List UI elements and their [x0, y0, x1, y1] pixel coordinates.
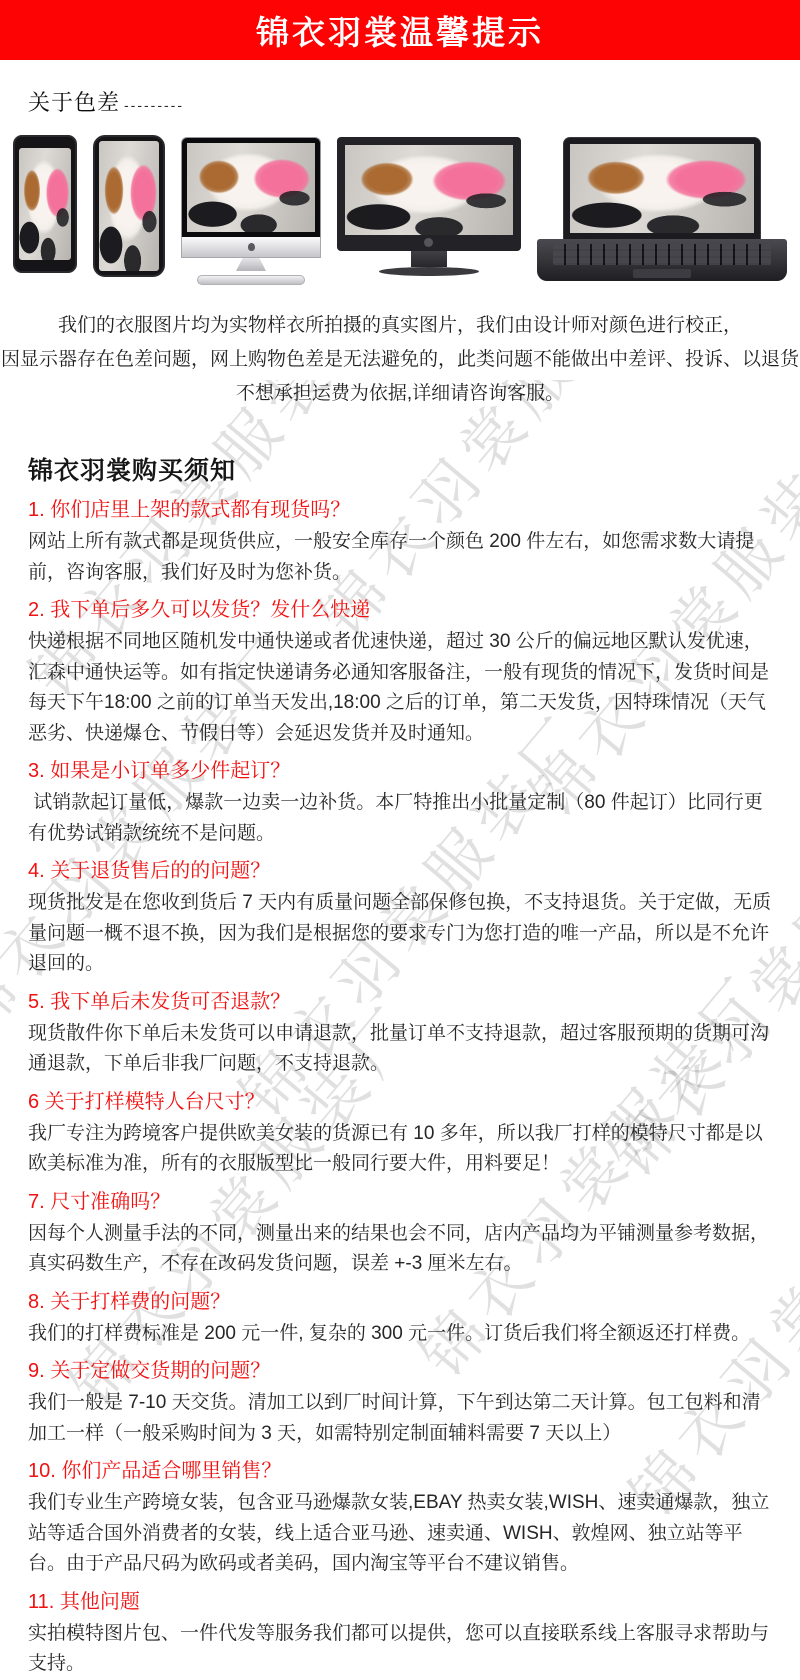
faq-item: 4. 关于退货售后的的问题？现货批发是在您收到货后 7 天内有质量问题全部保修包… [28, 856, 772, 980]
faq-answer: 实拍模特图片包、一件代发等服务我们都可以提供，您可以直接联系线上客服寻求帮助与支… [28, 1619, 772, 1680]
laptop-keyboard [553, 244, 771, 265]
faq-answer: 试销款起订量低，爆款一边卖一边补货。本厂特推出小批量定制（80 件起订）比同行更… [28, 788, 772, 849]
faq-item: 9. 关于定做交货期的问题？我们一般是 7-10 天交货。清加工以到厂时间计算，… [28, 1356, 772, 1449]
color-note-line: 不想承担运费为依据,详细请咨询客服。 [0, 377, 800, 411]
faq-item: 5. 我下单后未发货可否退款？现货散件你下单后未发货可以申请退款，批量订单不支持… [28, 987, 772, 1080]
faq-answer: 我们的打样费标准是 200 元一件, 复杂的 300 元一件。订货后我们将全额返… [28, 1319, 772, 1350]
faq-item: 2. 我下单后多久可以发货？发什么快递快递根据不同地区随机发中通快递或者优速快递… [28, 595, 772, 749]
purchase-notes-section: 锦衣羽裳购买须知 1. 你们店里上架的款式都有现货吗？网站上所有款式都是现货供应… [0, 451, 800, 1680]
faq-answer: 快递根据不同地区随机发中通快递或者优速快递，超过 30 公斤的偏远地区默认发优速… [28, 627, 772, 749]
faq-answer: 网站上所有款式都是现货供应，一般安全库存一个颜色 200 件左右，如您需求数大请… [28, 527, 772, 588]
faq-question: 9. 关于定做交货期的问题？ [28, 1356, 772, 1386]
faq-answer: 我厂专注为跨境客户提供欧美女装的货源已有 10 多年，所以我厂打样的模特尺寸都是… [28, 1119, 772, 1180]
color-note: 我们的衣服图片均为实物样衣所拍摄的真实图片，我们由设计师对颜色进行校正， 因显示… [0, 309, 800, 411]
banner: 锦衣羽裳温馨提示 [0, 0, 800, 60]
monitor-base [379, 267, 479, 276]
imac-chin [181, 237, 321, 258]
faq-item: 3. 如果是小订单多少件起订？ 试销款起订量低，爆款一边卖一边补货。本厂特推出小… [28, 756, 772, 849]
faq-item: 7. 尺寸准确吗？因每个人测量手法的不同，测量出来的结果也会不同，店内产品均为平… [28, 1187, 772, 1280]
faq-item: 11. 其他问题实拍模特图片包、一件代发等服务我们都可以提供，您可以直接联系线上… [28, 1587, 772, 1680]
faq-question: 7. 尺寸准确吗？ [28, 1187, 772, 1217]
faq-item: 8. 关于打样费的问题？我们的打样费标准是 200 元一件, 复杂的 300 元… [28, 1287, 772, 1350]
product-photo [19, 148, 71, 260]
faq-list: 1. 你们店里上架的款式都有现货吗？网站上所有款式都是现货供应，一般安全库存一个… [28, 495, 772, 1680]
laptop-trackpad [633, 269, 691, 278]
monitor-mockup [337, 137, 521, 276]
faq-item: 6 关于打样模特人台尺寸？我厂专注为跨境客户提供欧美女装的货源已有 10 多年，… [28, 1087, 772, 1180]
product-photo [345, 145, 513, 235]
faq-answer: 现货批发是在您收到货后 7 天内有质量问题全部保修包换，不支持退货。关于定做，无… [28, 888, 772, 980]
apple-logo-icon [248, 243, 255, 251]
smartphone-mockup-2 [93, 135, 165, 277]
product-photo [570, 144, 754, 233]
color-note-line: 我们的衣服图片均为实物样衣所拍摄的真实图片，我们由设计师对颜色进行校正， [0, 309, 800, 343]
faq-answer: 现货散件你下单后未发货可以申请退款，批量订单不支持退款，超过客服预期的货期可沟通… [28, 1019, 772, 1080]
monitor-neck [411, 251, 447, 267]
color-note-line: 因显示器存在色差问题，网上购物色差是无法避免的，此类问题不能做出中差评、投诉、以… [0, 343, 800, 377]
notice-page: 锦衣羽裳服装厂 锦衣羽裳服装厂 锦衣羽裳服装厂 锦衣羽裳服装厂 锦衣羽裳服装厂 … [0, 0, 800, 1680]
smartphone-mockup-1 [13, 135, 77, 273]
faq-question: 1. 你们店里上架的款式都有现货吗？ [28, 495, 772, 525]
imac-mockup [181, 137, 321, 285]
keyboard-mockup [197, 275, 305, 285]
product-photo [99, 141, 159, 271]
laptop-deck [537, 239, 787, 281]
faq-question: 5. 我下单后未发货可否退款？ [28, 987, 772, 1017]
faq-answer: 我们专业生产跨境女装，包含亚马逊爆款女装,EBAY 热卖女装,WISH、速卖通爆… [28, 1488, 772, 1580]
faq-question: 3. 如果是小订单多少件起订？ [28, 756, 772, 786]
faq-question: 10. 你们产品适合哪里销售？ [28, 1456, 772, 1486]
faq-question: 8. 关于打样费的问题？ [28, 1287, 772, 1317]
faq-item: 1. 你们店里上架的款式都有现货吗？网站上所有款式都是现货供应，一般安全库存一个… [28, 495, 772, 588]
heading-dashes: --------- [124, 97, 184, 113]
faq-question: 2. 我下单后多久可以发货？发什么快递 [28, 595, 772, 625]
device-strip [0, 129, 800, 289]
purchase-notes-heading: 锦衣羽裳购买须知 [28, 451, 772, 487]
faq-answer: 因每个人测量手法的不同，测量出来的结果也会不同，店内产品均为平铺测量参考数据，真… [28, 1219, 772, 1280]
color-difference-heading: 关于色差--------- [0, 86, 800, 117]
faq-question: 11. 其他问题 [28, 1587, 772, 1617]
faq-question: 6 关于打样模特人台尺寸？ [28, 1087, 772, 1117]
faq-answer: 我们一般是 7-10 天交货。清加工以到厂时间计算，下午到达第二天计算。包工包料… [28, 1388, 772, 1449]
color-difference-section: 关于色差--------- [0, 60, 800, 411]
imac-stand [236, 258, 266, 271]
product-photo [187, 143, 315, 232]
faq-question: 4. 关于退货售后的的问题？ [28, 856, 772, 886]
page-title: 锦衣羽裳温馨提示 [256, 7, 544, 54]
color-difference-label: 关于色差 [28, 90, 120, 115]
laptop-mockup [537, 137, 787, 281]
faq-item: 10. 你们产品适合哪里销售？我们专业生产跨境女装，包含亚马逊爆款女装,EBAY… [28, 1456, 772, 1580]
